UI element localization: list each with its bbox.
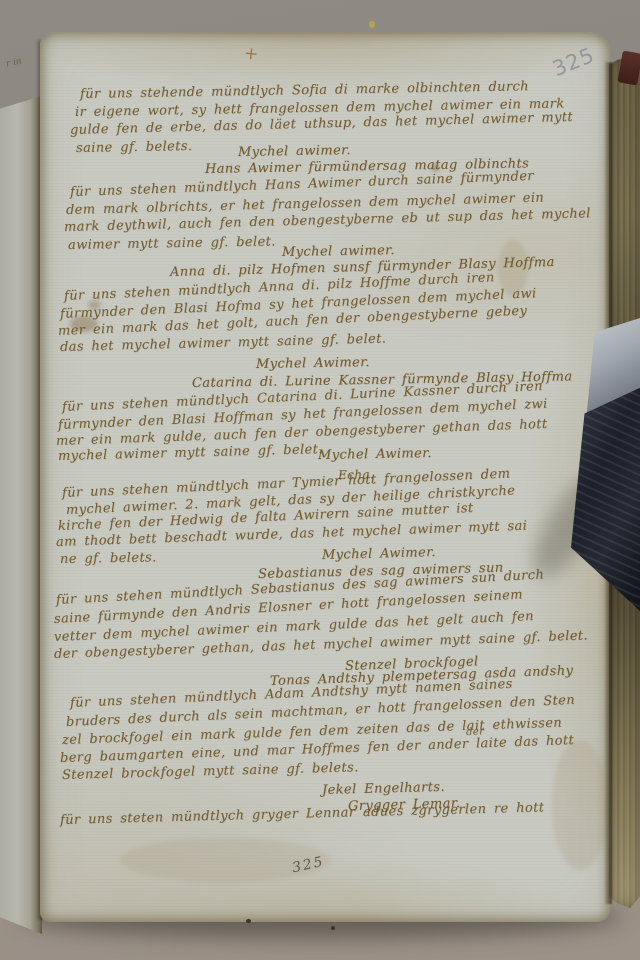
manuscript-line: saine gf. belets.	[76, 140, 193, 156]
manuscript-line: ne gf. belets.	[60, 551, 157, 567]
manuscript-line: Mychel Awimer.	[322, 546, 436, 563]
manuscript-line: Mychel Awimer.	[256, 356, 370, 372]
manuscript-photo: + 325 325 r in für uns stehende mündtlyc…	[0, 0, 640, 960]
manuscript-line: Mychel awimer.	[238, 144, 351, 160]
manuscript-line: Stenzel brockfogel mytt saine gf. belets…	[62, 761, 359, 783]
manuscript-line: Mychel Awimer.	[318, 447, 432, 463]
manuscript-line: Jekel Engelharts.	[322, 781, 445, 798]
manuscript-line: für uns steten mündtlych gryger Lennar a…	[60, 801, 545, 828]
manuscript-line: awimer mytt saine gf. belet.	[68, 235, 276, 253]
text-lines: für uns stehende mündtlych Sofia di mark…	[0, 0, 640, 960]
manuscript-line: Mychel awimer.	[282, 244, 395, 260]
